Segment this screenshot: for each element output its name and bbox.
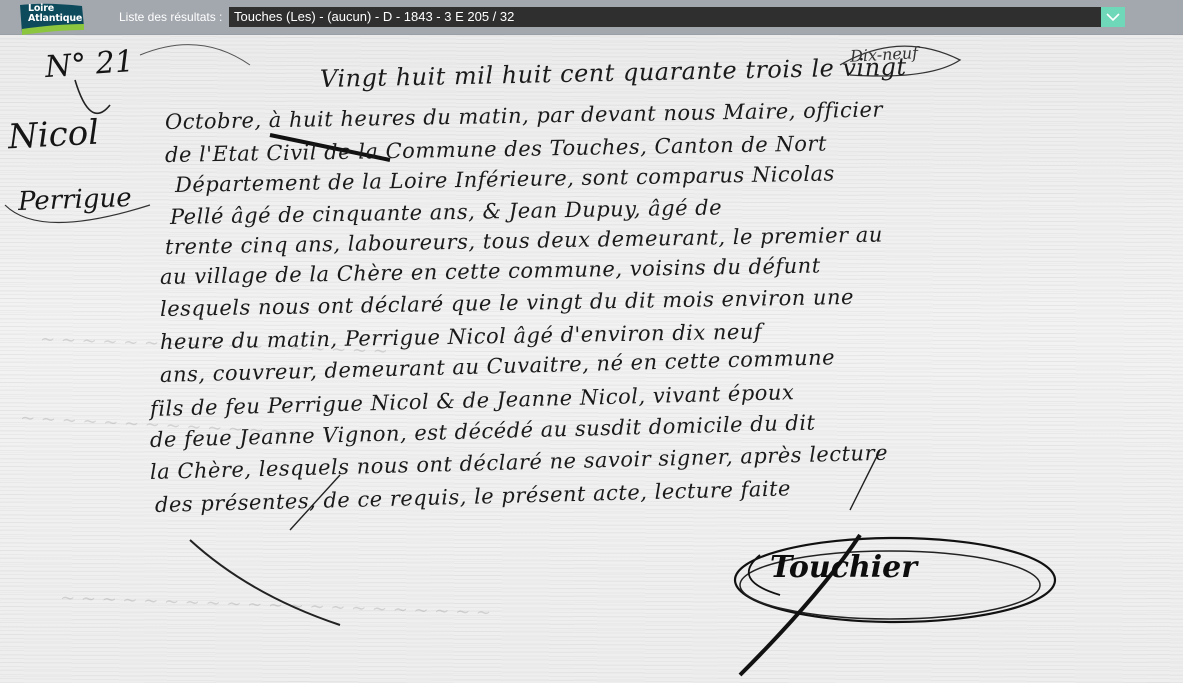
record-number: N° 21	[44, 44, 135, 85]
chevron-down-icon	[1106, 13, 1120, 22]
loire-atlantique-logo[interactable]: Loire Atlantique	[16, 2, 86, 35]
viewer-toolbar: Loire Atlantique Liste des résultats : T…	[0, 0, 1183, 35]
margin-surname: Nicol	[7, 113, 100, 158]
record-line: Vingt huit mil huit cent quarante trois …	[320, 53, 907, 93]
margin-given-name: Perrigue	[18, 183, 133, 217]
results-list-label: Liste des résultats :	[119, 10, 222, 24]
results-dropdown-button[interactable]	[1101, 7, 1125, 27]
results-list-select[interactable]: Touches (Les) - (aucun) - D - 1843 - 3 E…	[229, 7, 1101, 27]
record-line: au village de la Chère en cette commune,…	[160, 253, 821, 289]
record-line: Octobre, à huit heures du matin, par dev…	[165, 97, 883, 134]
record-line: Département de la Loire Inférieure, sont…	[175, 161, 835, 197]
record-line: lesquels nous ont déclaré que le vingt d…	[160, 285, 854, 321]
logo-text: Loire Atlantique	[28, 4, 82, 24]
record-line: des présentes, de ce requis, le présent …	[155, 476, 792, 517]
record-line: Pellé âgé de cinquante ans, & Jean Dupuy…	[170, 195, 722, 229]
logo-line-2: Atlantique	[28, 14, 82, 24]
document-image-viewer[interactable]: ~ ~ ~ ~ ~ ~ ~ ~ ~ ~ ~ ~ ~ ~ ~ ~ ~ ~ ~ ~ …	[0, 35, 1183, 683]
bleed-through-text: ~ ~ ~ ~ ~ ~ ~ ~ ~ ~ ~ ~ ~ ~ ~ ~ ~ ~ ~ ~ …	[60, 587, 492, 623]
officer-signature: Touchier	[770, 550, 917, 585]
record-line: de l'Etat Civil de la Commune des Touche…	[165, 131, 827, 167]
